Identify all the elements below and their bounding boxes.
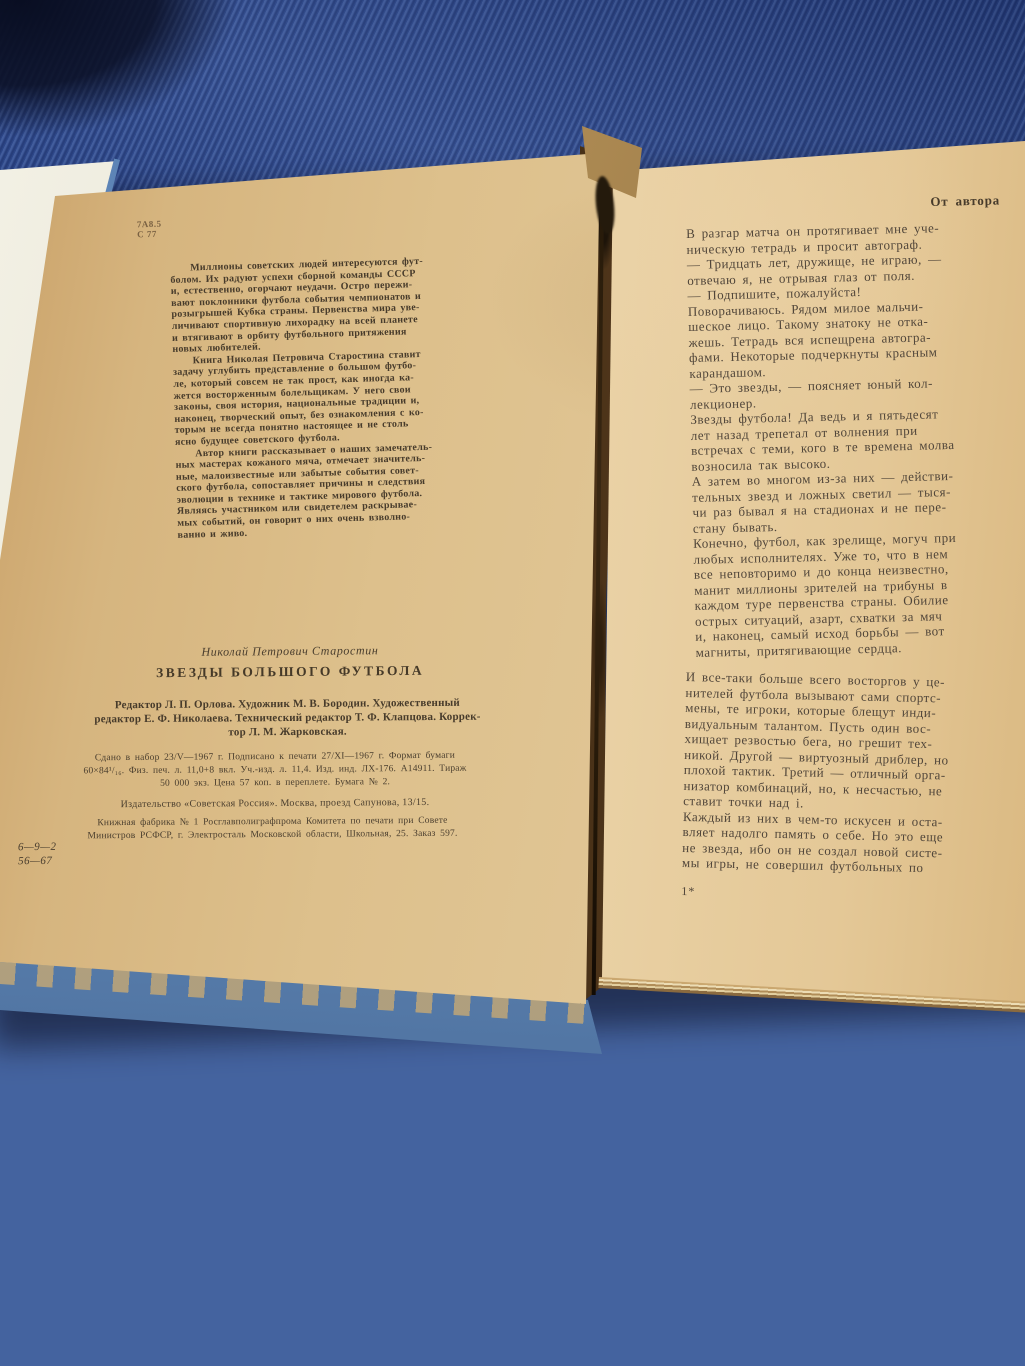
- author-title-block: Николай Петрович Старостин ЗВЕЗДЫ БОЛЬШО…: [140, 643, 440, 682]
- annotation-paragraph: Миллионы советских людей интересуются фу…: [170, 253, 524, 356]
- photo-of-open-book: 7А8.5 С 77 Миллионы советских людей инте…: [0, 0, 1025, 1366]
- chapter-heading: От автора: [686, 192, 1000, 215]
- print-codes: 6—9—2 56—67: [18, 841, 57, 868]
- body-paragraph: А затем во многом из-за них — действи- т…: [692, 466, 1025, 536]
- library-stamp: 7А8.5 С 77: [137, 219, 162, 240]
- body-paragraph: Поворачиваюсь. Рядом милое мальчи- шеско…: [688, 295, 1025, 381]
- printing-house: Книжная фабрика № 1 Росглавполиграфпрома…: [10, 814, 535, 844]
- body-paragraph: Каждый из них в чем-то искусен и оста- в…: [682, 808, 1025, 878]
- publisher-line: Издательство «Советская Россия». Москва,…: [35, 796, 515, 810]
- editorial-credits: Редактор Л. П. Орлова. Художник М. В. Бо…: [35, 695, 540, 741]
- body-text-upper: В разгар матча он протягивает мне уче- н…: [686, 218, 1025, 660]
- book-title: ЗВЕЗДЫ БОЛЬШОГО ФУТБОЛА: [140, 663, 440, 682]
- annotation-block: Миллионы советских людей интересуются фу…: [170, 253, 530, 541]
- book-author: Николай Петрович Старостин: [140, 643, 440, 661]
- annotation-paragraph: Автор книги рассказывает о наших замечат…: [175, 439, 529, 542]
- body-paragraph: Звезды футбола! Да ведь и я пятьдесят ле…: [690, 404, 1025, 474]
- right-page-content: От автора В разгар матча он протягивает …: [600, 160, 1025, 1000]
- left-page-content: 7А8.5 С 77 Миллионы советских людей инте…: [10, 200, 570, 980]
- print-information: Сдано в набор 23/V—1967 г. Подписано к п…: [10, 749, 540, 792]
- body-paragraph: Конечно, футбол, как зрелище, могуч при …: [693, 528, 1025, 660]
- signature-mark: 1*: [681, 883, 1025, 906]
- body-paragraph: И все-таки больше всего восторгов у це- …: [683, 669, 1025, 816]
- annotation-paragraph: Книга Николая Петровича Старостина стави…: [173, 346, 527, 449]
- body-text-lower: И все-таки больше всего восторгов у це- …: [681, 669, 1025, 906]
- open-book: 7А8.5 С 77 Миллионы советских людей инте…: [0, 0, 1025, 1366]
